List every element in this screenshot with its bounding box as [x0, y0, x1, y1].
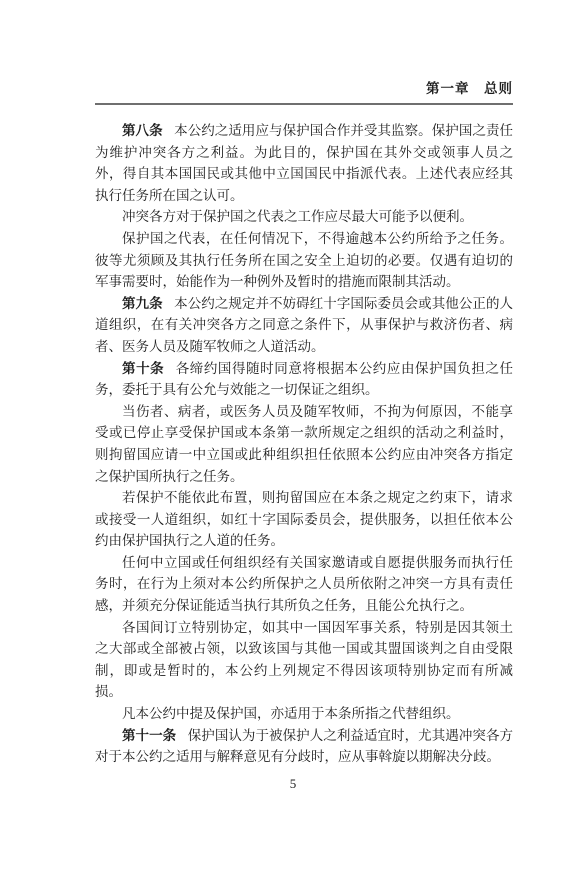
paragraph: 第十条各缔约国得随时同意将根据本公约应由保护国负担之任务，委托于具有公允与效能之…	[95, 358, 513, 401]
page-number: 5	[0, 776, 586, 792]
paragraph: 第九条本公约之规定并不妨碍红十字国际委员会或其他公正的人道组织，在有关冲突各方之…	[95, 293, 513, 358]
paragraph-text: 各国间订立特别协定，如其中一国因军事关系，特别是因其领土之大部或全部被占领，以致…	[95, 620, 513, 700]
paragraph: 任何中立国或任何组织经有关国家邀请或自愿提供服务而执行任务时，在行为上须对本公约…	[95, 552, 513, 617]
paragraph: 第八条本公约之适用应与保护国合作并受其监察。保护国之责任为维护冲突各方之利益。为…	[95, 120, 513, 206]
paragraph: 保护国之代表，在任何情况下，不得逾越本公约所给予之任务。彼等尤须顾及其执行任务所…	[95, 228, 513, 293]
chapter-header: 第一章 总则	[95, 77, 513, 97]
document-page: 第一章 总则 第八条本公约之适用应与保护国合作并受其监察。保护国之责任为维护冲突…	[0, 0, 586, 869]
paragraph-text: 冲突各方对于保护国之代表之工作应尽最大可能予以便利。	[122, 209, 473, 224]
paragraph-text: 当伤者、病者，或医务人员及随军牧师，不拘为何原因，不能享受或已停止享受保护国或本…	[95, 404, 513, 484]
header-rule	[95, 103, 513, 105]
paragraph: 当伤者、病者，或医务人员及随军牧师，不拘为何原因，不能享受或已停止享受保护国或本…	[95, 401, 513, 487]
document-body: 第八条本公约之适用应与保护国合作并受其监察。保护国之责任为维护冲突各方之利益。为…	[95, 120, 513, 768]
paragraph-text: 凡本公约中提及保护国，亦适用于本条所指之代替组织。	[122, 706, 460, 721]
article-number: 第十条	[122, 361, 164, 376]
paragraph: 第十一条保护国认为于被保护人之利益适宜时，尤其遇冲突各方对于本公约之适用与解释意…	[95, 725, 513, 768]
paragraph-text: 保护国之代表，在任何情况下，不得逾越本公约所给予之任务。彼等尤须顾及其执行任务所…	[95, 231, 513, 289]
article-number: 第九条	[122, 296, 163, 311]
article-number: 第八条	[122, 123, 163, 138]
paragraph-text: 任何中立国或任何组织经有关国家邀请或自愿提供服务而执行任务时，在行为上须对本公约…	[95, 555, 513, 613]
paragraph: 冲突各方对于保护国之代表之工作应尽最大可能予以便利。	[95, 206, 513, 228]
article-number: 第十一条	[122, 728, 176, 743]
paragraph: 凡本公约中提及保护国，亦适用于本条所指之代替组织。	[95, 703, 513, 725]
paragraph: 各国间订立特别协定，如其中一国因军事关系，特别是因其领土之大部或全部被占领，以致…	[95, 617, 513, 703]
paragraph: 若保护不能依此布置，则拘留国应在本条之规定之约束下，请求或接受一人道组织，如红十…	[95, 487, 513, 552]
paragraph-text: 若保护不能依此布置，则拘留国应在本条之规定之约束下，请求或接受一人道组织，如红十…	[95, 490, 513, 548]
